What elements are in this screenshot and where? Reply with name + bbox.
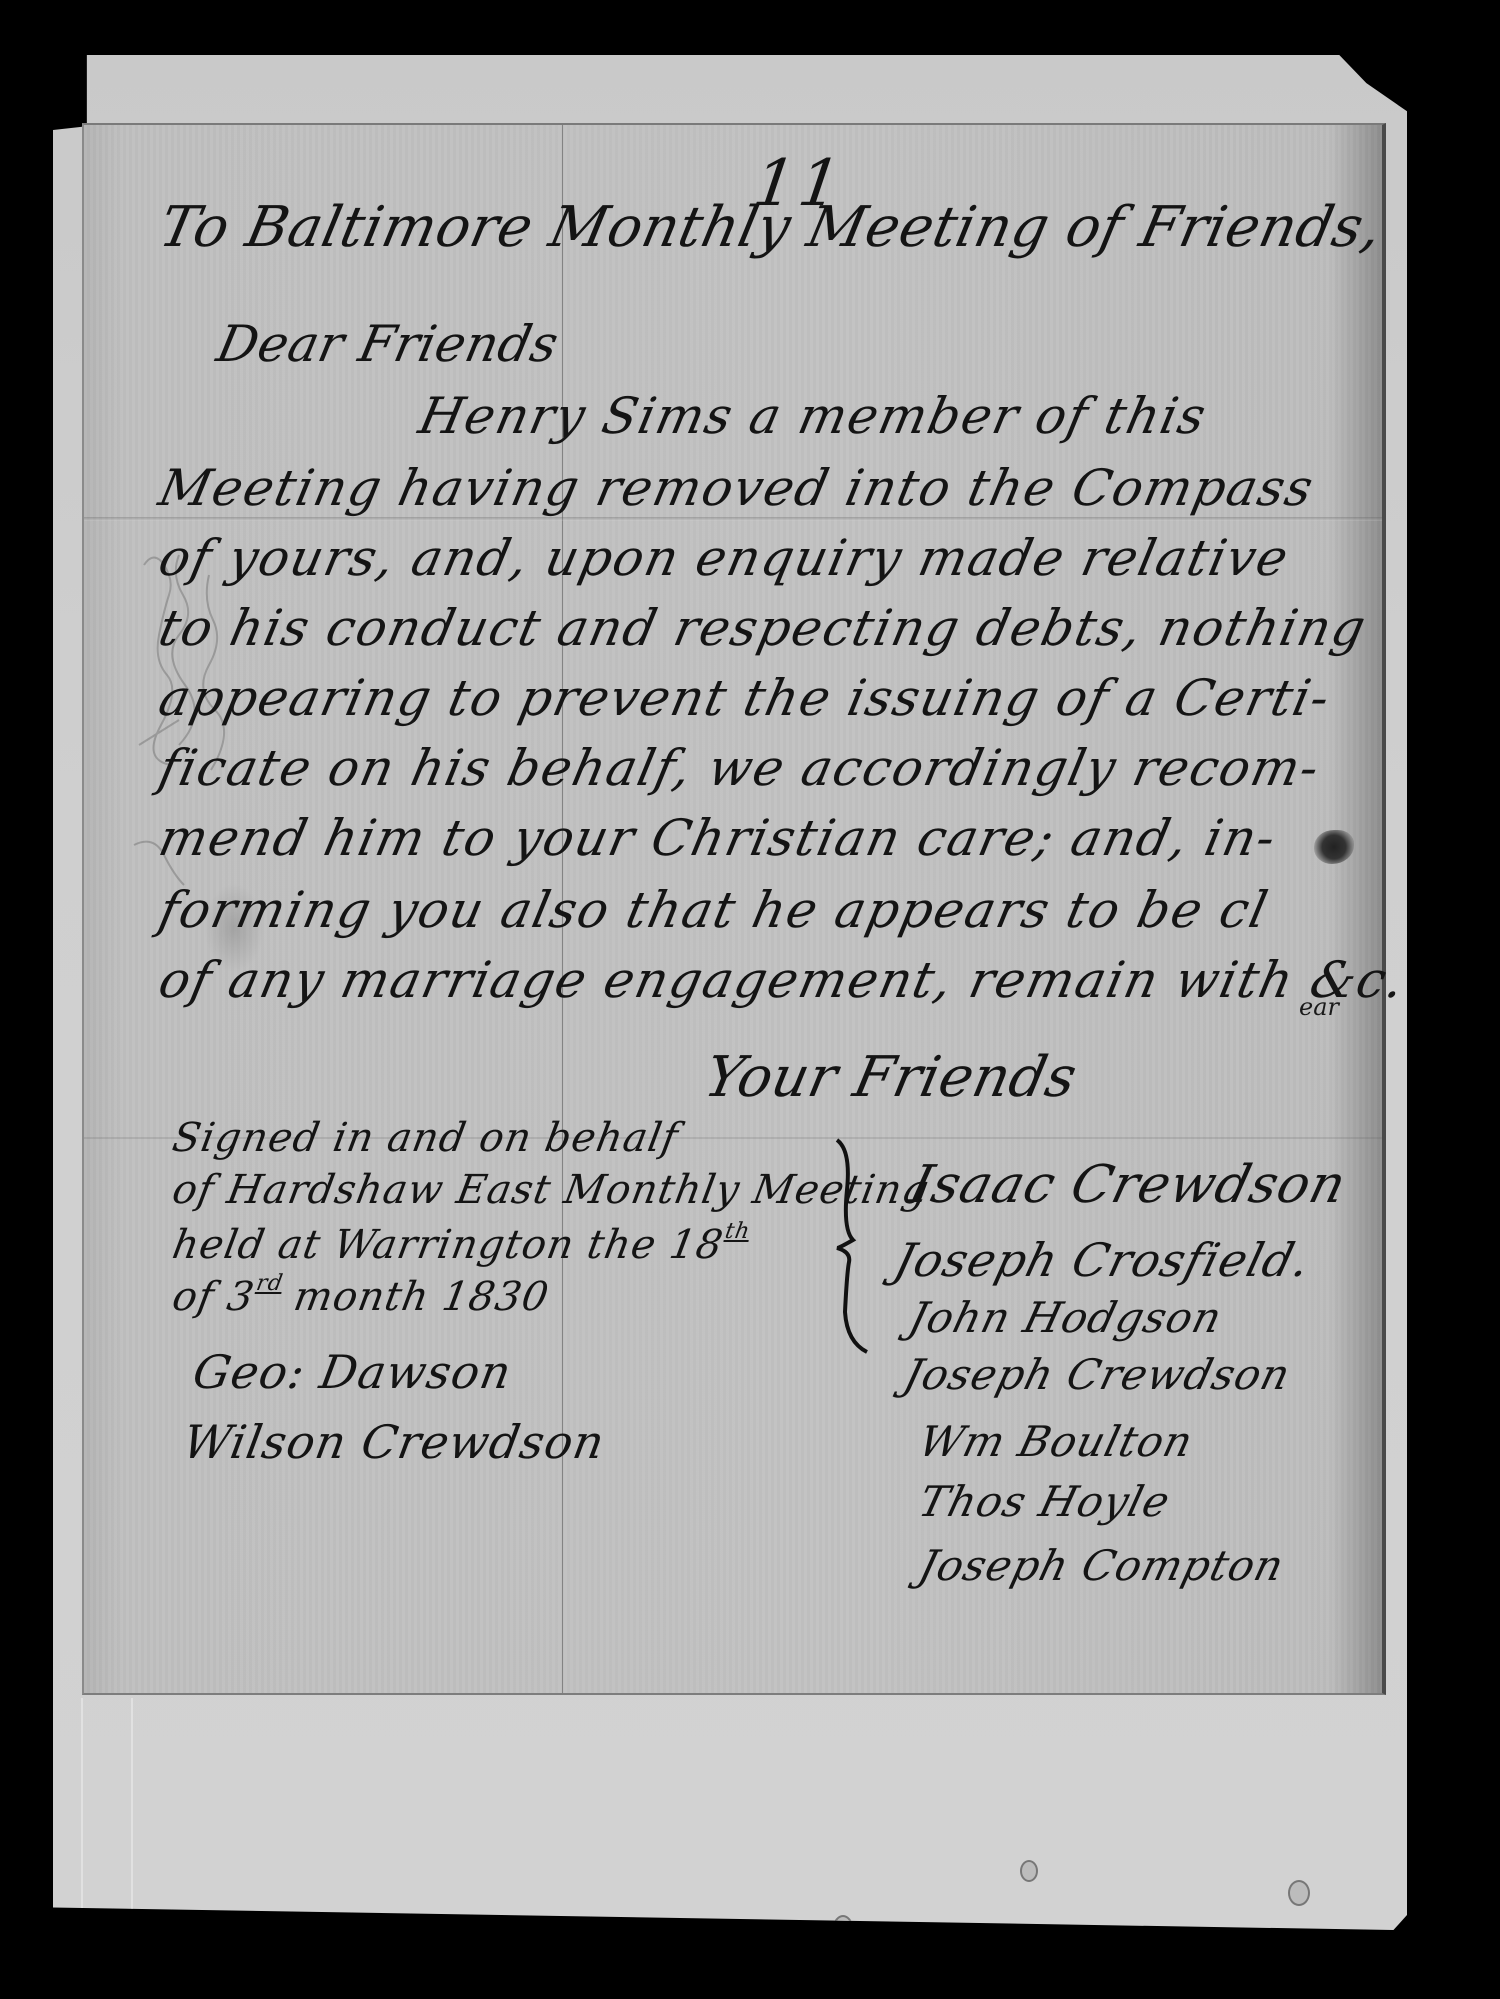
signatory: Isaac Crewdson [904, 1155, 1353, 1215]
paper-hole [833, 1915, 853, 1941]
attestation-line: held at Warrington the 18th [169, 1219, 752, 1268]
attestation-line: Signed in and on behalf [169, 1115, 682, 1161]
horizontal-fold-line [84, 517, 1382, 521]
letter-sheet: 11 To Baltimore Monthly Meeting of Frien… [82, 123, 1386, 1695]
paper-crease [81, 1698, 83, 1918]
body-line: Henry Sims a member of this [414, 387, 1212, 445]
signatory: Joseph Crosfield. [889, 1233, 1316, 1287]
clerk-signature: Geo: Dawson [189, 1345, 516, 1399]
curly-brace [829, 1135, 869, 1360]
attestation-line: of 3rd month 1830 [169, 1271, 553, 1320]
clerk-signature: Wilson Crewdson [179, 1415, 609, 1469]
attestation-line: of Hardshaw East Monthly Meeting [169, 1167, 933, 1213]
paper-hole [1288, 1880, 1310, 1906]
body-line: of yours, and, upon enquiry made relativ… [154, 529, 1295, 587]
salutation: Dear Friends [212, 315, 564, 373]
signatory: Wm Boulton [914, 1417, 1198, 1466]
signatory: Joseph Crewdson [899, 1350, 1296, 1399]
closing: Your Friends [699, 1045, 1083, 1110]
ink-blot [1314, 830, 1354, 864]
paper-crease [131, 1698, 133, 1918]
body-line: to his conduct and respecting debts, not… [154, 599, 1372, 657]
signatory: Joseph Compton [914, 1541, 1289, 1590]
day-suffix: th [723, 1219, 752, 1244]
address-line: To Baltimore Monthly Meeting of Friends, [154, 195, 1388, 260]
signatory: Thos Hoyle [914, 1477, 1175, 1526]
paper-hole [1020, 1860, 1038, 1882]
body-line: mend him to your Christian care; and, in… [154, 809, 1282, 867]
body-line: forming you also that he appears to be c… [154, 881, 1274, 939]
signatory: John Hodgson [904, 1293, 1227, 1342]
body-line: appearing to prevent the issuing of a Ce… [154, 669, 1336, 727]
body-line: ficate on his behalf, we accordingly rec… [154, 739, 1325, 797]
body-line: Meeting having removed into the Compass [154, 459, 1319, 517]
body-line: of any marriage engagement, remain with … [154, 951, 1411, 1009]
